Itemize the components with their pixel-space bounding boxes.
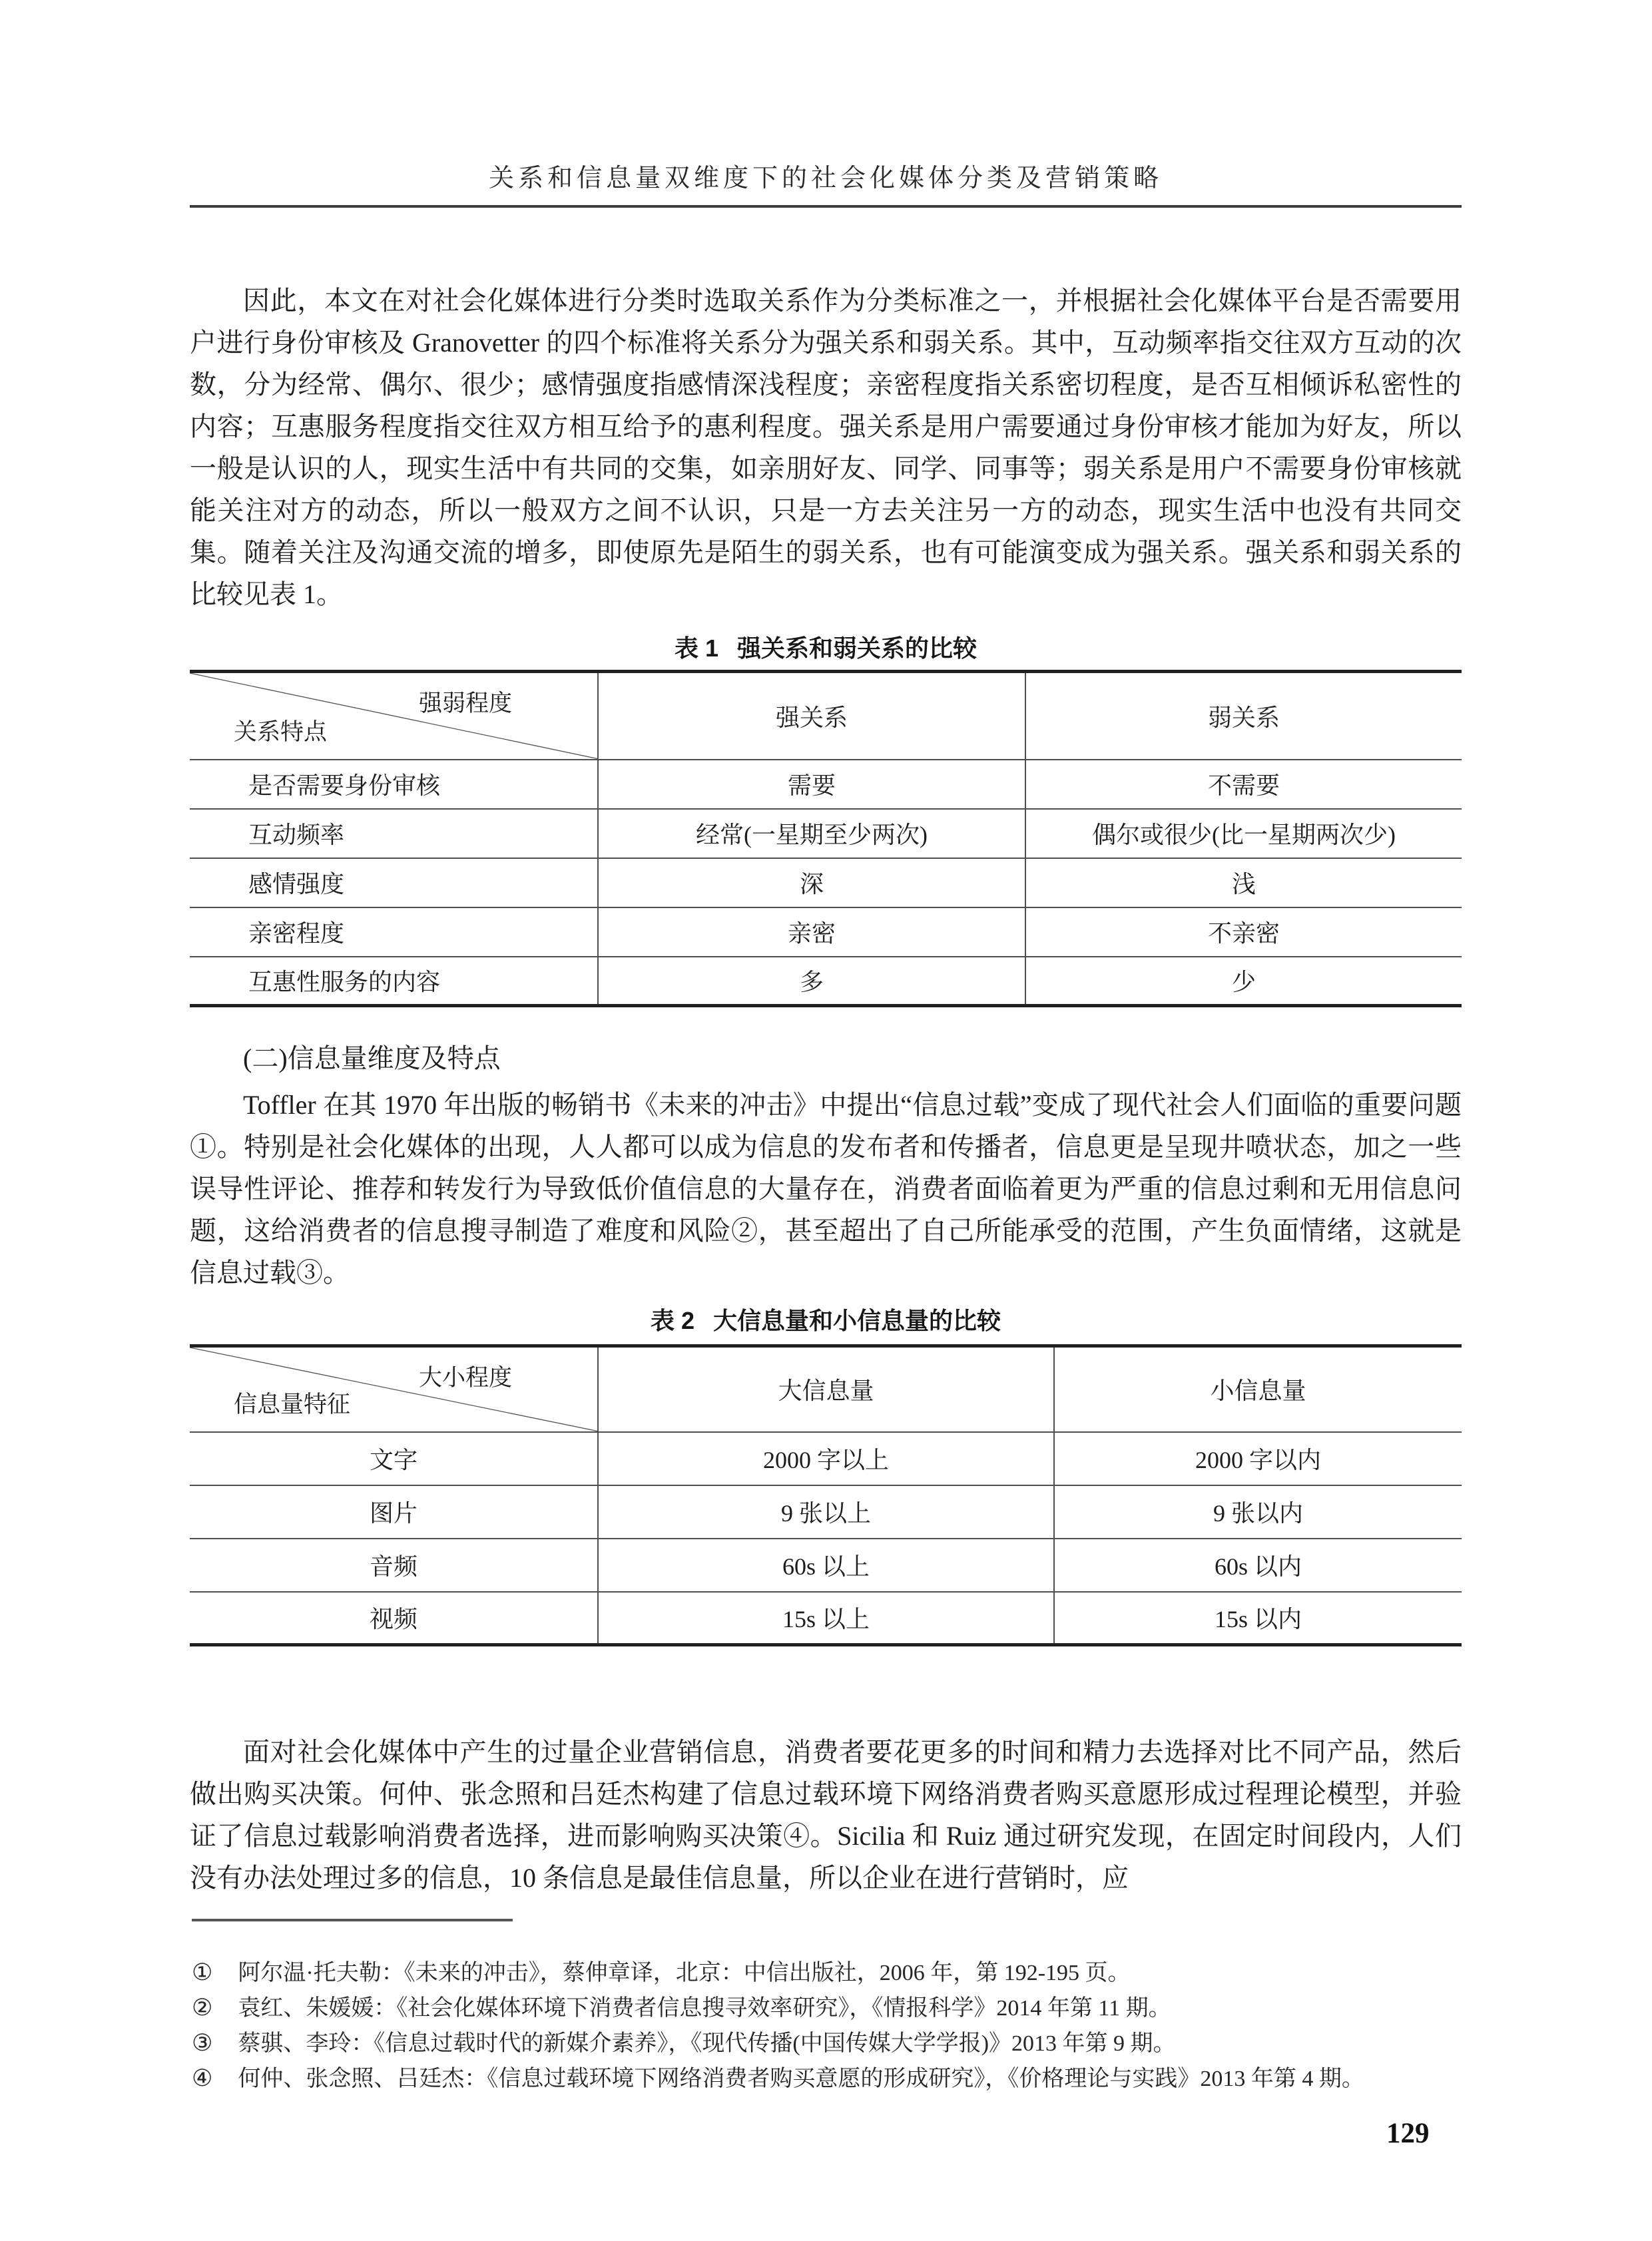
footnote-text: 蔡骐、李玲：《信息过载时代的新媒介素养》，《现代传播(中国传媒大学学报)》201… [238,2031,1175,2056]
table-row: 图片 9 张以上 9 张以内 [190,1485,1462,1539]
table2-corner-top-label: 大小程度 [419,1360,512,1393]
table1-row-label: 互惠性服务的内容 [190,957,598,1006]
table-row: 互动频率 经常(一星期至少两次) 偶尔或很少(比一星期两次少) [190,809,1462,858]
table1-row-label: 感情强度 [190,858,598,907]
table2-row-label: 图片 [190,1485,598,1539]
table2-col-header-small: 小信息量 [1054,1346,1462,1432]
table1-corner-bottom-label: 关系特点 [234,714,327,747]
table-row: 文字 2000 字以上 2000 字以内 [190,1432,1462,1485]
table2-caption: 表 2大信息量和小信息量的比较 [190,1302,1462,1336]
section-heading-information-volume: (二)信息量维度及特点 [190,1037,1462,1075]
table-strong-weak-relations: 强弱程度 关系特点 强关系 弱关系 是否需要身份审核 需要 不需要 互动频率 经… [190,670,1462,1007]
table-row: 音频 60s 以上 60s 以内 [190,1539,1462,1592]
table1-cell: 不亲密 [1025,907,1462,957]
paper-page: 关系和信息量双维度下的社会化媒体分类及营销策略 因此，本文在对社会化媒体进行分类… [0,0,1652,2241]
table1-cell: 亲密 [598,907,1025,957]
table-row: 视频 15s 以上 15s 以内 [190,1592,1462,1645]
table2-col-header-large: 大信息量 [598,1346,1054,1432]
table2-cell: 15s 以上 [598,1592,1054,1645]
table1-caption: 表 1强关系和弱关系的比较 [190,630,1462,664]
table2-corner-cell: 大小程度 信息量特征 [190,1346,598,1432]
table2-cell: 15s 以内 [1054,1592,1462,1645]
paragraph-relations: 因此，本文在对社会化媒体进行分类时选取关系作为分类标准之一，并根据社会化媒体平台… [190,280,1462,615]
table-row: 感情强度 深 浅 [190,858,1462,907]
table2-cell: 9 张以上 [598,1485,1054,1539]
table-row: 是否需要身份审核 需要 不需要 [190,760,1462,809]
running-head-title: 关系和信息量双维度下的社会化媒体分类及营销策略 [190,157,1462,194]
table2-caption-title: 大信息量和小信息量的比较 [713,1307,1001,1334]
footnote-item: ②袁红、朱媛媛：《社会化媒体环境下消费者信息搜寻效率研究》，《情报科学》2014… [192,1990,1523,2025]
table-row: 亲密程度 亲密 不亲密 [190,907,1462,957]
table-large-small-information: 大小程度 信息量特征 大信息量 小信息量 文字 2000 字以上 2000 字以… [190,1344,1462,1646]
paragraph-information-overload: Toffler 在其 1970 年出版的畅销书《未来的冲击》中提出“信息过载”变… [190,1084,1462,1294]
header-rule [190,205,1462,208]
table1-row-label: 亲密程度 [190,907,598,957]
table2-row-label: 视频 [190,1592,598,1645]
table2-cell: 2000 字以上 [598,1432,1054,1485]
table1-col-header-weak: 弱关系 [1025,672,1462,760]
table2-row-label: 文字 [190,1432,598,1485]
page-number: 129 [1386,2117,1430,2150]
table1-cell: 不需要 [1025,760,1462,809]
table1-corner-top-label: 强弱程度 [419,685,512,718]
footnote-text: 袁红、朱媛媛：《社会化媒体环境下消费者信息搜寻效率研究》，《情报科学》2014 … [238,1996,1171,2021]
footnote-marker: ④ [192,2061,212,2096]
table2-corner-bottom-label: 信息量特征 [234,1386,350,1419]
table2-row-label: 音频 [190,1539,598,1592]
table1-row-label: 是否需要身份审核 [190,760,598,809]
footnote-marker: ② [192,1990,212,2025]
table2-cell: 60s 以上 [598,1539,1054,1592]
footnote-marker: ③ [192,2025,212,2061]
table2-cell: 2000 字以内 [1054,1432,1462,1485]
table2-cell: 60s 以内 [1054,1539,1462,1592]
table2-caption-label: 表 2 [651,1307,694,1334]
table-row: 互惠性服务的内容 多 少 [190,957,1462,1006]
footnote-text: 阿尔温·托夫勒：《未来的冲击》，蔡伸章译，北京：中信出版社，2006 年，第 1… [238,1961,1130,1985]
table1-cell: 深 [598,858,1025,907]
table1-cell: 少 [1025,957,1462,1006]
table1-cell: 经常(一星期至少两次) [598,809,1025,858]
footnote-item: ③蔡骐、李玲：《信息过载时代的新媒介素养》，《现代传播(中国传媒大学学报)》20… [192,2025,1523,2061]
footnote-text: 何仲、张念照、吕廷杰：《信息过载环境下网络消费者购买意愿的形成研究》，《价格理论… [238,2067,1364,2091]
footnote-item: ①阿尔温·托夫勒：《未来的冲击》，蔡伸章译，北京：中信出版社，2006 年，第 … [192,1955,1523,1990]
footnote-item: ④何仲、张念照、吕廷杰：《信息过载环境下网络消费者购买意愿的形成研究》，《价格理… [192,2061,1523,2096]
table1-cell: 偶尔或很少(比一星期两次少) [1025,809,1462,858]
footnote-marker: ① [192,1955,212,1990]
table1-caption-label: 表 1 [675,634,718,662]
table1-caption-title: 强关系和弱关系的比较 [737,634,977,662]
table1-corner-cell: 强弱程度 关系特点 [190,672,598,760]
paragraph-marketing-overload: 面对社会化媒体中产生的过量企业营销信息，消费者要花更多的时间和精力去选择对比不同… [190,1731,1462,1899]
table1-cell: 需要 [598,760,1025,809]
footnote-separator-rule [192,1919,513,1921]
table1-col-header-strong: 强关系 [598,672,1025,760]
footnotes-block: ①阿尔温·托夫勒：《未来的冲击》，蔡伸章译，北京：中信出版社，2006 年，第 … [192,1955,1523,2096]
table2-cell: 9 张以内 [1054,1485,1462,1539]
table1-cell: 多 [598,957,1025,1006]
table1-cell: 浅 [1025,858,1462,907]
table1-row-label: 互动频率 [190,809,598,858]
